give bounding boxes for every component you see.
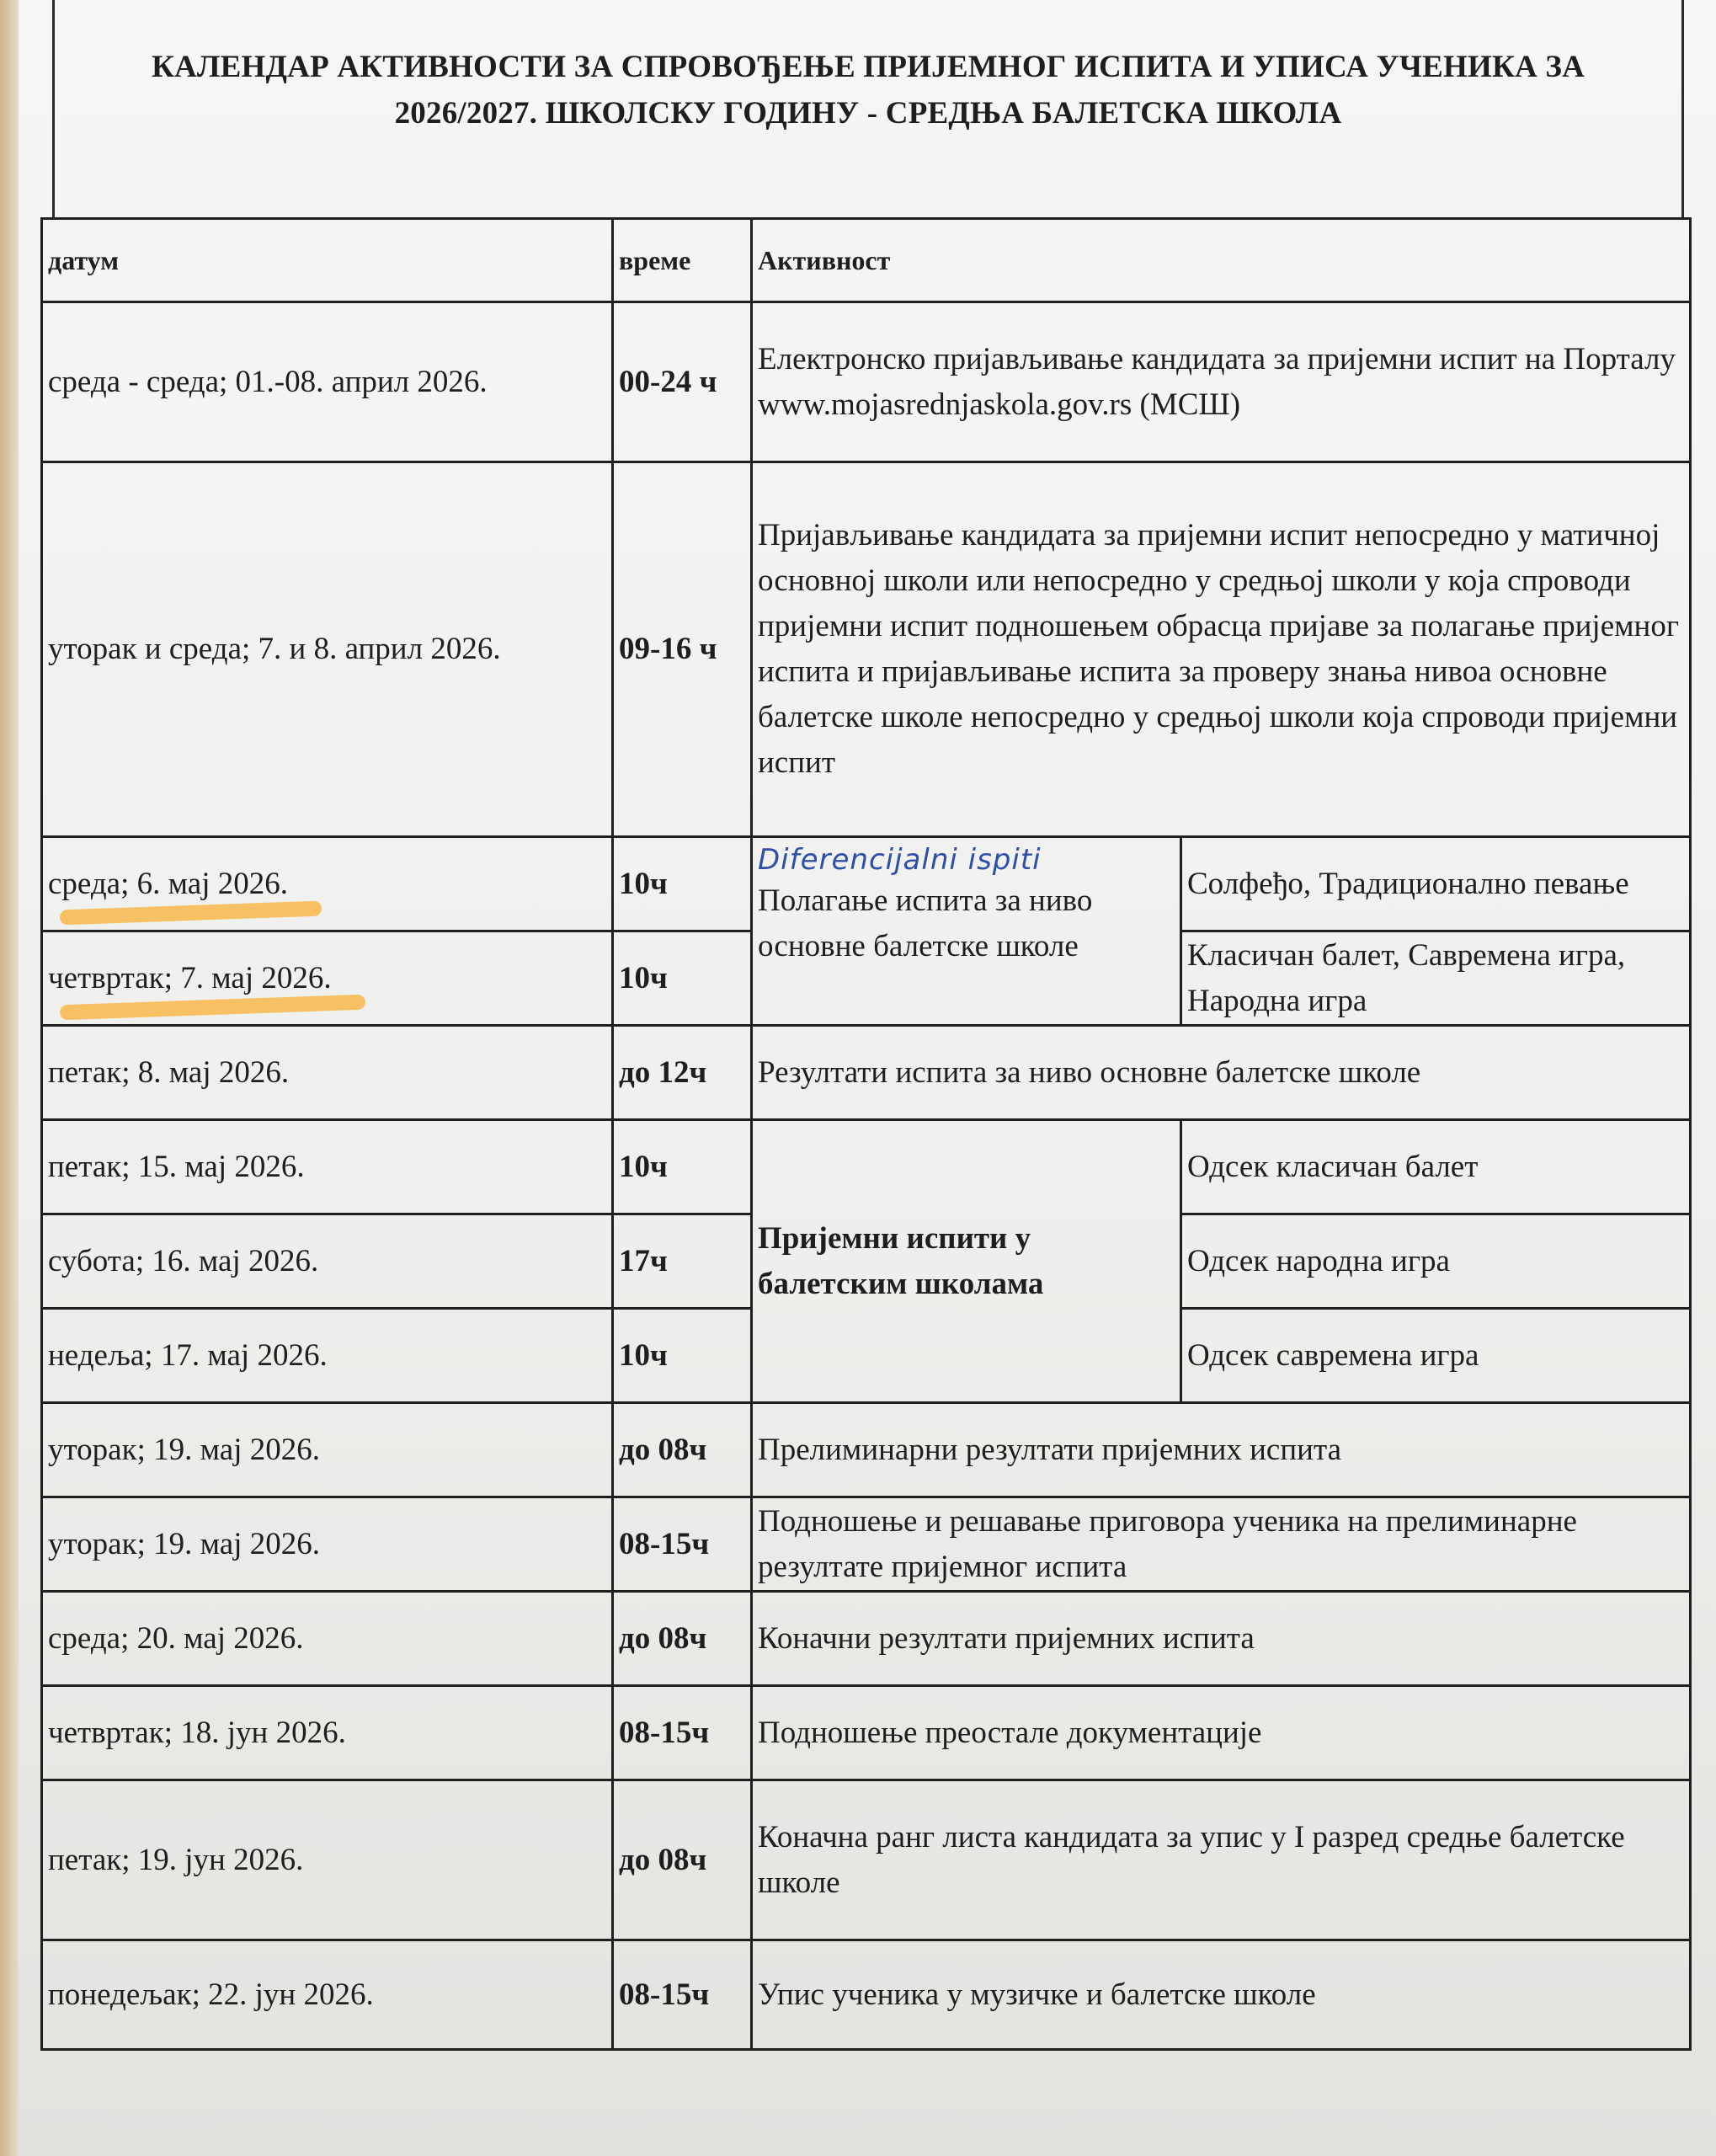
desk-background bbox=[0, 0, 19, 2156]
row-time: до 08ч bbox=[613, 1403, 752, 1497]
row-time: 17ч bbox=[613, 1214, 752, 1309]
highlighted-date: среда; 6. мај 2026. bbox=[48, 862, 288, 907]
table-row: петак; 8. мај 2026. до 12ч Резултати исп… bbox=[42, 1026, 1691, 1120]
title-line-1: КАЛЕНДАР АКТИВНОСТИ ЗА СПРОВОЂЕЊЕ ПРИЈЕМ… bbox=[52, 44, 1684, 90]
group-activity: Пријемни испити у балетским школама bbox=[752, 1120, 1181, 1403]
row-date: среда - среда; 01.-08. април 2026. bbox=[42, 302, 613, 462]
row-time: до 08ч bbox=[613, 1592, 752, 1686]
table-row: петак; 15. мај 2026. 10ч Пријемни испити… bbox=[42, 1120, 1691, 1214]
row-date: уторак; 19. мај 2026. bbox=[42, 1497, 613, 1592]
row-activity: Упис ученика у музичке и балетске школе bbox=[752, 1940, 1691, 2050]
row-time: 10ч bbox=[613, 931, 752, 1026]
table-row: петак; 19. јун 2026. до 08ч Коначна ранг… bbox=[42, 1780, 1691, 1940]
row-date: уторак и среда; 7. и 8. април 2026. bbox=[42, 462, 613, 837]
row-time: 08-15ч bbox=[613, 1686, 752, 1780]
row-sub-activity: Класичан балет, Савремена игра, Народна … bbox=[1181, 931, 1691, 1026]
row-time: 10ч bbox=[613, 1120, 752, 1214]
row-time: до 08ч bbox=[613, 1780, 752, 1940]
row-activity: Резултати испита за ниво основне балетск… bbox=[752, 1026, 1691, 1120]
table-row: уторак и среда; 7. и 8. април 2026. 09-1… bbox=[42, 462, 1691, 837]
handwritten-note: Diferencijalni ispiti bbox=[758, 843, 1175, 877]
table-row: уторак; 19. мај 2026. 08-15ч Подношење и… bbox=[42, 1497, 1691, 1592]
row-date: петак; 15. мај 2026. bbox=[42, 1120, 613, 1214]
row-date: четвртак; 18. јун 2026. bbox=[42, 1686, 613, 1780]
row-time: 08-15ч bbox=[613, 1497, 752, 1592]
row-date: петак; 19. јун 2026. bbox=[42, 1780, 613, 1940]
row-date: субота; 16. мај 2026. bbox=[42, 1214, 613, 1309]
row-time: 08-15ч bbox=[613, 1940, 752, 2050]
row-time: 10ч bbox=[613, 837, 752, 931]
row-activity: Прелиминарни резултати пријемних испита bbox=[752, 1403, 1691, 1497]
group-activity-cell: Diferencijalni ispiti Полагање испита за… bbox=[752, 837, 1181, 1026]
row-activity: Коначни резултати пријемних испита bbox=[752, 1592, 1691, 1686]
row-date: среда; 20. мај 2026. bbox=[42, 1592, 613, 1686]
row-activity: Коначна ранг листа кандидата за упис у I… bbox=[752, 1780, 1691, 1940]
row-date: понедељак; 22. јун 2026. bbox=[42, 1940, 613, 2050]
row-time: 10ч bbox=[613, 1309, 752, 1403]
row-time: до 12ч bbox=[613, 1026, 752, 1120]
highlighted-date: четвртак; 7. мај 2026. bbox=[48, 956, 332, 1001]
row-activity: Подношење преостале документације bbox=[752, 1686, 1691, 1780]
header-date: датум bbox=[42, 219, 613, 302]
table-header-row: датум време Активност bbox=[42, 219, 1691, 302]
table-row: среда; 20. мај 2026. до 08ч Коначни резу… bbox=[42, 1592, 1691, 1686]
row-date: недеља; 17. мај 2026. bbox=[42, 1309, 613, 1403]
table-row: понедељак; 22. јун 2026. 08-15ч Упис уче… bbox=[42, 1940, 1691, 2050]
calendar-table: датум време Активност среда - среда; 01.… bbox=[40, 217, 1692, 2051]
row-sub-activity: Одсек народна игра bbox=[1181, 1214, 1691, 1309]
row-date: петак; 8. мај 2026. bbox=[42, 1026, 613, 1120]
header-time: време bbox=[613, 219, 752, 302]
table-row: четвртак; 18. јун 2026. 08-15ч Подношење… bbox=[42, 1686, 1691, 1780]
row-date: четвртак; 7. мај 2026. bbox=[42, 931, 613, 1026]
document-title: КАЛЕНДАР АКТИВНОСТИ ЗА СПРОВОЂЕЊЕ ПРИЈЕМ… bbox=[52, 44, 1684, 136]
row-activity: Пријављивање кандидата за пријемни испит… bbox=[752, 462, 1691, 837]
row-activity: Електронско пријављивање кандидата за пр… bbox=[752, 302, 1691, 462]
row-date: среда; 6. мај 2026. bbox=[42, 837, 613, 931]
table-row: уторак; 19. мај 2026. до 08ч Прелиминарн… bbox=[42, 1403, 1691, 1497]
title-line-2: 2026/2027. ШКОЛСКУ ГОДИНУ - СРЕДЊА БАЛЕТ… bbox=[52, 90, 1684, 136]
row-time: 09-16 ч bbox=[613, 462, 752, 837]
row-date: уторак; 19. мај 2026. bbox=[42, 1403, 613, 1497]
row-sub-activity: Одсек савремена игра bbox=[1181, 1309, 1691, 1403]
row-sub-activity: Солфеђо, Традиционално певање bbox=[1181, 837, 1691, 931]
header-activity: Активност bbox=[752, 219, 1691, 302]
table-row: среда - среда; 01.-08. април 2026. 00-24… bbox=[42, 302, 1691, 462]
row-activity: Подношење и решавање приговора ученика н… bbox=[752, 1497, 1691, 1592]
group-activity: Полагање испита за ниво основне балетске… bbox=[758, 883, 1092, 963]
row-time: 00-24 ч bbox=[613, 302, 752, 462]
table-row: среда; 6. мај 2026. 10ч Diferencijalni i… bbox=[42, 837, 1691, 931]
row-sub-activity: Одсек класичан балет bbox=[1181, 1120, 1691, 1214]
